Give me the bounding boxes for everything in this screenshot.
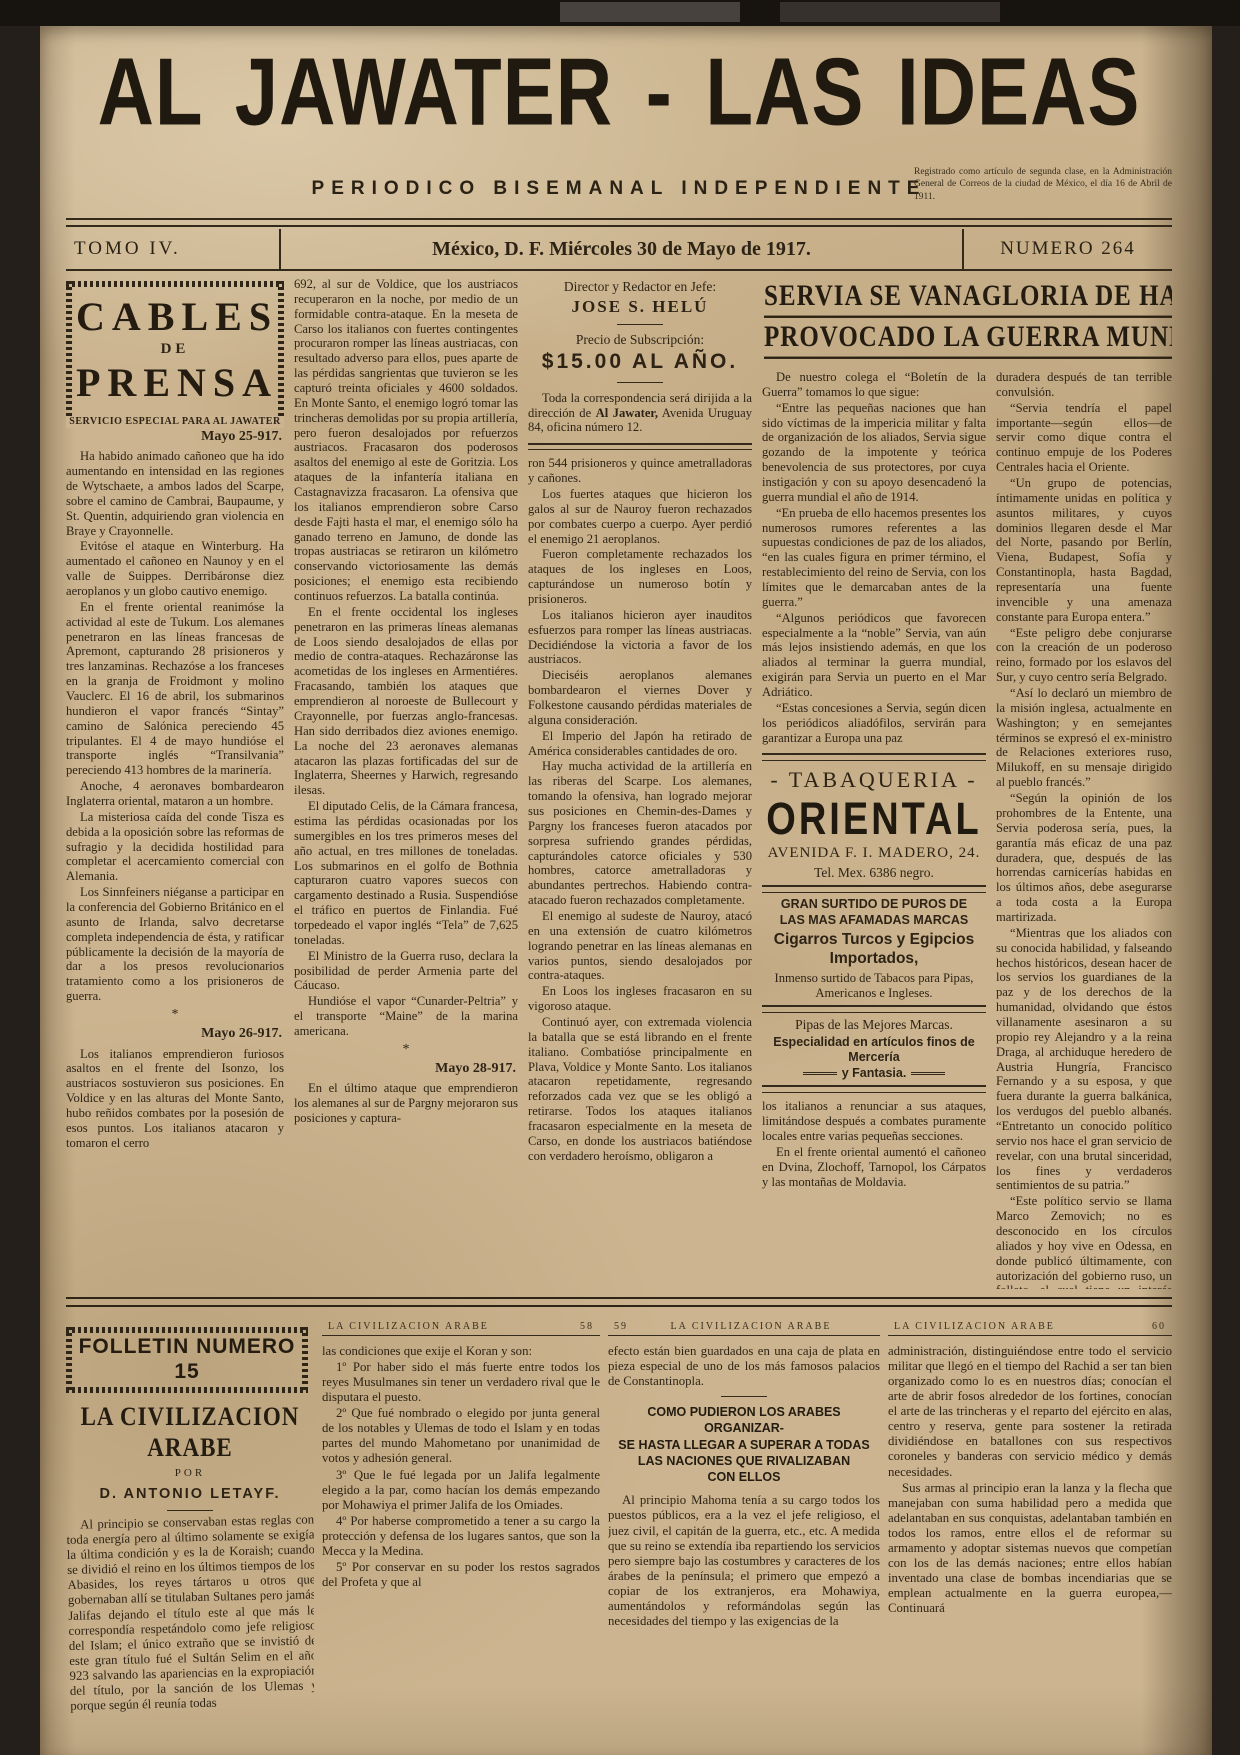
folletin-col-58: LA CIVILIZACION ARABE 58 las condiciones… xyxy=(322,1321,600,1749)
ad-pipas: Pipas de las Mejores Marcas. xyxy=(762,1017,986,1033)
star-separator: * xyxy=(66,1010,284,1020)
article-paragraph: “Algunos periódicos que favorecen especi… xyxy=(762,611,986,700)
article-paragraph: El enemigo al sudeste de Nauroy, atacó e… xyxy=(528,909,752,983)
date-bar: TOMO IV. México, D. F. Miércoles 30 de M… xyxy=(66,229,1172,269)
article-paragraph: Al principio Mahoma tenía a su cargo tod… xyxy=(608,1493,880,1629)
article-paragraph: El Ministro de la Guerra ruso, declara l… xyxy=(294,949,518,994)
ad-rule xyxy=(762,753,986,761)
cables-title-line: PRENSA xyxy=(76,363,274,403)
ad-surtido: GRAN SURTIDO DE PUROS DE xyxy=(762,897,986,913)
chapter-heading: COMO PUDIERON LOS ARABES ORGANIZAR- SE H… xyxy=(608,1404,880,1485)
servia-col-left: De nuestro colega el “Boletín de la Guer… xyxy=(762,370,986,1289)
chapter-heading-line: LAS NACIONES QUE RIVALIZABAN xyxy=(608,1453,880,1469)
article-paragraph: 3º Que le fué legada por un Jalifa legal… xyxy=(322,1468,600,1513)
article-paragraph: administración, distinguiéndose entre to… xyxy=(888,1344,1172,1480)
folletin-number: FOLLETIN NUMERO 15 xyxy=(72,1335,302,1385)
running-head: LA CIVILIZACION ARABE 60 xyxy=(888,1321,1172,1336)
article-paragraph: duradera después de tan terrible convuls… xyxy=(996,370,1172,400)
article-paragraph: “Así lo declaró un miembro de la misión … xyxy=(996,686,1172,790)
ad-cigarros: Cigarros Turcos y Egipcios Importados, xyxy=(762,931,986,968)
ad-surtido: LAS MAS AFAMADAS MARCAS xyxy=(762,913,986,929)
short-rule xyxy=(721,1396,767,1397)
article-paragraph: El Imperio del Japón ha retirado de Amér… xyxy=(528,729,752,759)
running-head: 59 LA CIVILIZACION ARABE xyxy=(608,1321,880,1336)
director-block: Director y Redactor en Jefe: JOSE S. HEL… xyxy=(528,279,752,383)
article-paragraph: “Este político servio se llama Marco Zem… xyxy=(996,1194,1172,1289)
headline-line: SERVIA SE VANAGLORIA DE HABER xyxy=(764,279,1172,317)
folletin-title: LA CIVILIZACION ARABE xyxy=(66,1400,314,1462)
article-paragraph: “Un grupo de potencias, íntimamente unid… xyxy=(996,476,1172,625)
ad-tabaqueria: - TABAQUERIA - xyxy=(762,767,986,793)
chapter-heading-line: SE HASTA LLEGAR A SUPERAR A TODAS xyxy=(608,1437,880,1453)
ad-phone: Tel. Mex. 6386 negro. xyxy=(762,865,986,881)
article-paragraph: 1º Por haber sido el más fuerte entre to… xyxy=(322,1360,600,1405)
cables-box: CABLES DE PRENSA SERVICIO ESPECIAL PARA … xyxy=(66,281,284,423)
ad-rule xyxy=(762,885,986,893)
servia-article: SERVIA SE VANAGLORIA DE HABER PROVOCADO … xyxy=(762,277,1172,1289)
headline-line: PROVOCADO LA GUERRA MUNDIAL xyxy=(764,320,1172,358)
article-paragraph: Fueron completamente rechazados los ataq… xyxy=(528,547,752,606)
page-number: 60 xyxy=(1152,1321,1166,1333)
newspaper-page: AL JAWATER - LAS IDEAS PERIODICO BISEMAN… xyxy=(0,0,1240,1755)
ad-tabacos: Inmenso surtido de Tabacos para Pipas, A… xyxy=(762,971,986,1001)
article-paragraph: Los italianos emprendieron furiosos asal… xyxy=(66,1047,284,1151)
folletin-section: FOLLETIN NUMERO 15 LA CIVILIZACION ARABE… xyxy=(66,1321,1172,1749)
numero-label: NUMERO 264 xyxy=(964,238,1172,260)
ad-rule xyxy=(762,1005,986,1013)
ornament-rule xyxy=(911,1072,945,1075)
cables-title-line: DE xyxy=(76,341,274,359)
folletin-col-60: LA CIVILIZACION ARABE 60 administración,… xyxy=(888,1321,1172,1749)
article-paragraph: Continuó ayer, con extremada violencia l… xyxy=(528,1015,752,1164)
column-two: 692, al sur de Voldice, que los austriac… xyxy=(294,277,518,1289)
running-head-title: LA CIVILIZACION ARABE xyxy=(671,1321,832,1333)
wire-date: Mayo 28-917. xyxy=(294,1061,516,1078)
photo-edge-top xyxy=(0,0,1240,26)
article-paragraph: En Loos los ingleses fracasaron en su vi… xyxy=(528,984,752,1014)
article-paragraph: efecto están bien guardados en una caja … xyxy=(608,1344,880,1389)
article-paragraph: Los Sinnfeiners niéganse a participar en… xyxy=(66,885,284,1004)
star-separator: * xyxy=(294,1045,518,1055)
article-paragraph: ron 544 prisioneros y quince ametrallado… xyxy=(528,456,752,486)
article-paragraph: La misteriosa caída del conde Tisza es d… xyxy=(66,810,284,884)
chapter-heading-line: COMO PUDIERON LOS ARABES ORGANIZAR- xyxy=(608,1404,880,1437)
article-paragraph: 692, al sur de Voldice, que los austriac… xyxy=(294,277,518,604)
subscription-price: $15.00 AL AÑO. xyxy=(528,350,752,375)
folletin-author: D. ANTONIO LETAYF. xyxy=(66,1486,314,1503)
article-paragraph: “Este peligro debe conjurarse con la cre… xyxy=(996,626,1172,685)
short-rule xyxy=(167,1510,213,1511)
paper-name-bold: Al Jawater, xyxy=(596,406,658,420)
article-paragraph: Hundióse el vapor “Cunarder-Peltria” y e… xyxy=(294,994,518,1039)
page-number: 58 xyxy=(580,1321,594,1333)
article-paragraph: “En prueba de ello hacemos presentes los… xyxy=(762,506,986,610)
folletin-por: POR xyxy=(66,1467,314,1480)
article-paragraph: “Servia tendría el papel importante—segú… xyxy=(996,401,1172,475)
tabaqueria-ad: - TABAQUERIA - ORIENTAL AVENIDA F. I. MA… xyxy=(762,753,986,1093)
dateline: México, D. F. Miércoles 30 de Mayo de 19… xyxy=(279,229,964,269)
short-rule xyxy=(617,324,663,325)
article-paragraph: Los italianos hicieron ayer inauditos es… xyxy=(528,608,752,667)
tomo-label: TOMO IV. xyxy=(66,238,279,260)
masthead-rule xyxy=(66,218,1172,227)
article-paragraph: 5º Por conservar en su poder los restos … xyxy=(322,1560,600,1590)
ad-fantasia-row: y Fantasia. xyxy=(762,1066,986,1082)
article-paragraph: El diputado Celis, de la Cámara francesa… xyxy=(294,799,518,948)
price-label: Precio de Subscripción: xyxy=(528,332,752,348)
double-rule xyxy=(528,443,752,450)
article-paragraph: Hay mucha actividad de la artillería en … xyxy=(528,759,752,908)
article-paragraph: los italianos a renunciar a sus ataques,… xyxy=(762,1099,986,1144)
correspondence-note: Toda la correspondencia será dirijida a … xyxy=(528,391,752,436)
folletin-col-59: 59 LA CIVILIZACION ARABE efecto están bi… xyxy=(608,1321,880,1749)
article-paragraph: Evitóse el ataque en Winterburg. Ha aume… xyxy=(66,539,284,598)
scan-artifact xyxy=(780,2,1000,22)
main-section: CABLES DE PRENSA SERVICIO ESPECIAL PARA … xyxy=(66,277,1172,1289)
article-paragraph: “Mientras que los aliados con su conocid… xyxy=(996,926,1172,1193)
wire-date: Mayo 25-917. xyxy=(66,429,282,446)
running-head: LA CIVILIZACION ARABE 58 xyxy=(322,1321,600,1336)
article-paragraph: Los fuertes ataques que hicieron los gal… xyxy=(528,487,752,546)
newspaper-sheet: AL JAWATER - LAS IDEAS PERIODICO BISEMAN… xyxy=(40,26,1212,1755)
ad-rule xyxy=(762,1085,986,1093)
article-paragraph: De nuestro colega el “Boletín de la Guer… xyxy=(762,370,986,400)
folletin-box: FOLLETIN NUMERO 15 xyxy=(66,1327,308,1393)
servia-headline: SERVIA SE VANAGLORIA DE HABER PROVOCADO … xyxy=(764,279,1172,360)
article-paragraph: “Entre las pequeñas naciones que han sid… xyxy=(762,401,986,505)
running-head-title: LA CIVILIZACION ARABE xyxy=(328,1321,489,1333)
ornament-rule xyxy=(803,1072,837,1075)
datebar-rule xyxy=(66,269,1172,271)
article-paragraph: Sus armas al principio eran la lanza y l… xyxy=(888,1481,1172,1617)
page-number: 59 xyxy=(614,1321,628,1333)
running-head-title: LA CIVILIZACION ARABE xyxy=(894,1321,1055,1333)
wire-date: Mayo 26-917. xyxy=(66,1026,282,1043)
article-paragraph: “Estas concesiones a Servia, según dicen… xyxy=(762,701,986,746)
article-paragraph: Al principio se conservaban estas reglas… xyxy=(66,1512,314,1714)
cables-subtitle: SERVICIO ESPECIAL PARA AL JAWATER xyxy=(66,416,284,428)
short-rule xyxy=(617,382,663,383)
servia-col-right: duradera después de tan terrible convuls… xyxy=(996,370,1172,1289)
article-paragraph: En el frente oriental reanimóse la activ… xyxy=(66,600,284,778)
article-paragraph: 4º Por haberse comprometido a tener a su… xyxy=(322,1514,600,1559)
scan-artifact xyxy=(560,2,740,22)
servia-columns: De nuestro colega el “Boletín de la Guer… xyxy=(762,370,1172,1289)
column-director: Director y Redactor en Jefe: JOSE S. HEL… xyxy=(528,277,752,1289)
article-paragraph: Dieciséis aeroplanos alemanes bombardear… xyxy=(528,668,752,727)
cables-title-line: CABLES xyxy=(76,297,274,337)
article-paragraph: las condiciones que exije el Koran y son… xyxy=(322,1344,600,1359)
article-paragraph: En el último ataque que emprendieron los… xyxy=(294,1081,518,1126)
article-paragraph: “Según la opinión de los prohombres de l… xyxy=(996,791,1172,925)
chapter-heading-line: CON ELLOS xyxy=(608,1469,880,1485)
ad-especialidad: Especialidad en artículos finos de Merce… xyxy=(762,1035,986,1066)
column-cables: CABLES DE PRENSA SERVICIO ESPECIAL PARA … xyxy=(66,277,284,1289)
registration-notice: Registrado como artículo de segunda clas… xyxy=(914,166,1172,203)
article-paragraph: Ha habido animado cañoneo que ha ido aum… xyxy=(66,449,284,538)
masthead-subrow: PERIODICO BISEMANAL INDEPENDIENTE Regist… xyxy=(66,166,1172,216)
director-label: Director y Redactor en Jefe: xyxy=(528,279,752,295)
article-paragraph: 2º Que fué nombrado o elegido por junta … xyxy=(322,1406,600,1466)
section-divider xyxy=(66,1297,1172,1307)
ad-fantasia: y Fantasia. xyxy=(842,1066,907,1082)
article-paragraph: En el frente oriental aumentó el cañoneo… xyxy=(762,1145,986,1190)
director-name: JOSE S. HELÚ xyxy=(528,297,752,317)
folletin-col1-text: Al principio se conservaban estas reglas… xyxy=(66,1512,314,1714)
ad-oriental: ORIENTAL xyxy=(762,793,986,853)
article-paragraph: En el frente occidental los ingleses pen… xyxy=(294,605,518,798)
folletin-col-title: FOLLETIN NUMERO 15 LA CIVILIZACION ARABE… xyxy=(66,1321,314,1749)
article-paragraph: Anoche, 4 aeronaves bombardearon Inglate… xyxy=(66,779,284,809)
